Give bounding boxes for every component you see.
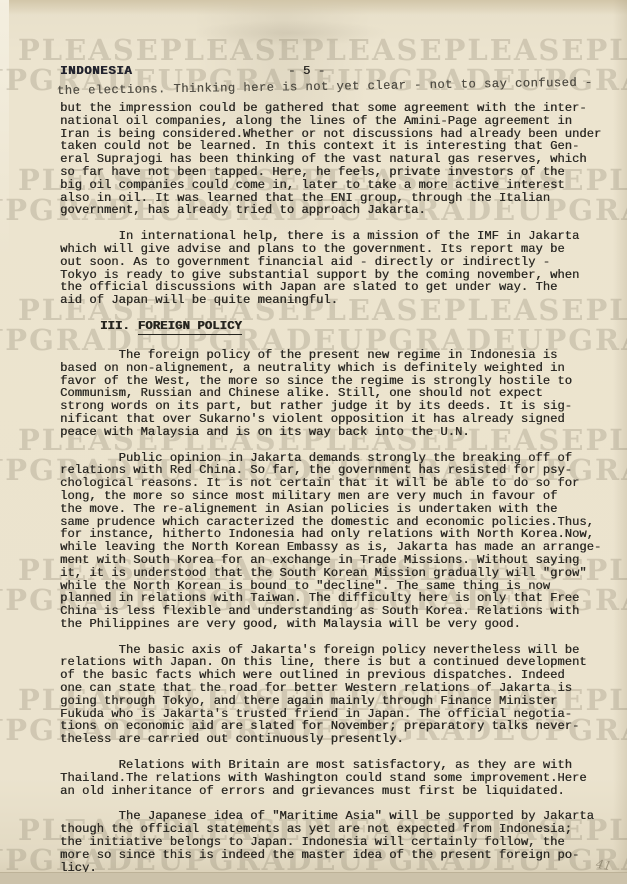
- paragraph: but the impression could be gathered tha…: [60, 102, 616, 217]
- text-line: it, it is understood that the South Kore…: [60, 567, 616, 580]
- scan-top-edge: [0, 0, 627, 15]
- paragraph: In international help, there is a missio…: [60, 230, 616, 307]
- text-line: China is less flexible and understanding…: [60, 605, 616, 618]
- text-line: the move. The re-alignement in Asian pol…: [60, 503, 616, 516]
- carryover-text-line: the elections. Thinking here is not yet …: [57, 76, 593, 98]
- watermark-word: PLEASE: [444, 36, 586, 65]
- text-line: out soon. As to government financial aid…: [60, 256, 616, 269]
- handwritten-page-mark: 41: [595, 857, 612, 873]
- text-line: national oil companies, along the lines …: [60, 115, 616, 128]
- text-line: chological reasons. It is not certain th…: [60, 477, 616, 490]
- text-line: theless are carried out continuously pre…: [60, 733, 616, 746]
- text-line: Thailand.The relations with Washington c…: [60, 772, 616, 785]
- text-line: the Philippines are very good, with Mala…: [60, 618, 616, 631]
- text-line: going through Tokyo, and there again mai…: [60, 695, 616, 708]
- scan-left-edge: [0, 0, 9, 260]
- text-line: Relations with Britain are most satisfac…: [60, 759, 616, 772]
- text-line: so far have not been tapped. Here, he fe…: [60, 166, 616, 179]
- paragraph: The basic axis of Jakarta's foreign poli…: [60, 644, 616, 746]
- scan-bottom-edge: [0, 872, 627, 884]
- text-line: long, the more so since most military me…: [60, 490, 616, 503]
- watermark-word: PLEASE: [18, 36, 160, 65]
- text-line: based on non-alignement, a neutrality wh…: [60, 362, 616, 375]
- text-line: peace with Malaysia and is on its way ba…: [60, 426, 616, 439]
- paragraph: The foreign policy of the present new re…: [60, 349, 616, 439]
- text-line: big oil companies could come in, later t…: [60, 179, 616, 192]
- text-line: government, has already tried to approac…: [60, 204, 616, 217]
- text-line: which will give advise and plans to the …: [60, 243, 616, 256]
- document-page: PLEASEPLEASEPLEASEPLEASEPLEASEUPGRADEUPG…: [0, 0, 627, 884]
- text-line: but the impression could be gathered tha…: [60, 102, 616, 115]
- document-body: but the impression could be gathered tha…: [60, 102, 616, 884]
- paragraph: Relations with Britain are most satisfac…: [60, 759, 616, 797]
- section-heading: III.FOREIGN POLICY: [60, 320, 616, 333]
- section-heading-title: FOREIGN POLICY: [138, 319, 242, 335]
- paragraph: The Japanese idea of "Maritime Asia" wil…: [60, 810, 616, 874]
- text-line: an old inheritance of errors and grievan…: [60, 785, 616, 798]
- text-line: the initiative belongs to Japan. Indones…: [60, 836, 616, 849]
- paragraph: Public opinion in Jakarta demands strong…: [60, 452, 616, 631]
- section-heading-numeral: III.: [100, 319, 130, 333]
- text-line: one can state that the road for better W…: [60, 682, 616, 695]
- text-line: while leaving the North Korean Embassy a…: [60, 541, 616, 554]
- text-line: nificant that over Sukarno's violent opp…: [60, 413, 616, 426]
- scan-smudge: [190, 20, 390, 46]
- page-number: - 5 -: [288, 64, 325, 78]
- text-line: The foreign policy of the present new re…: [60, 349, 616, 362]
- text-line: more so since this is indeed the master …: [60, 849, 616, 862]
- document-title: INDONESIA: [60, 64, 132, 78]
- text-line: aid of Japan will be quite meaningful.: [60, 294, 616, 307]
- text-line: ment with South Korea for an exchange in…: [60, 554, 616, 567]
